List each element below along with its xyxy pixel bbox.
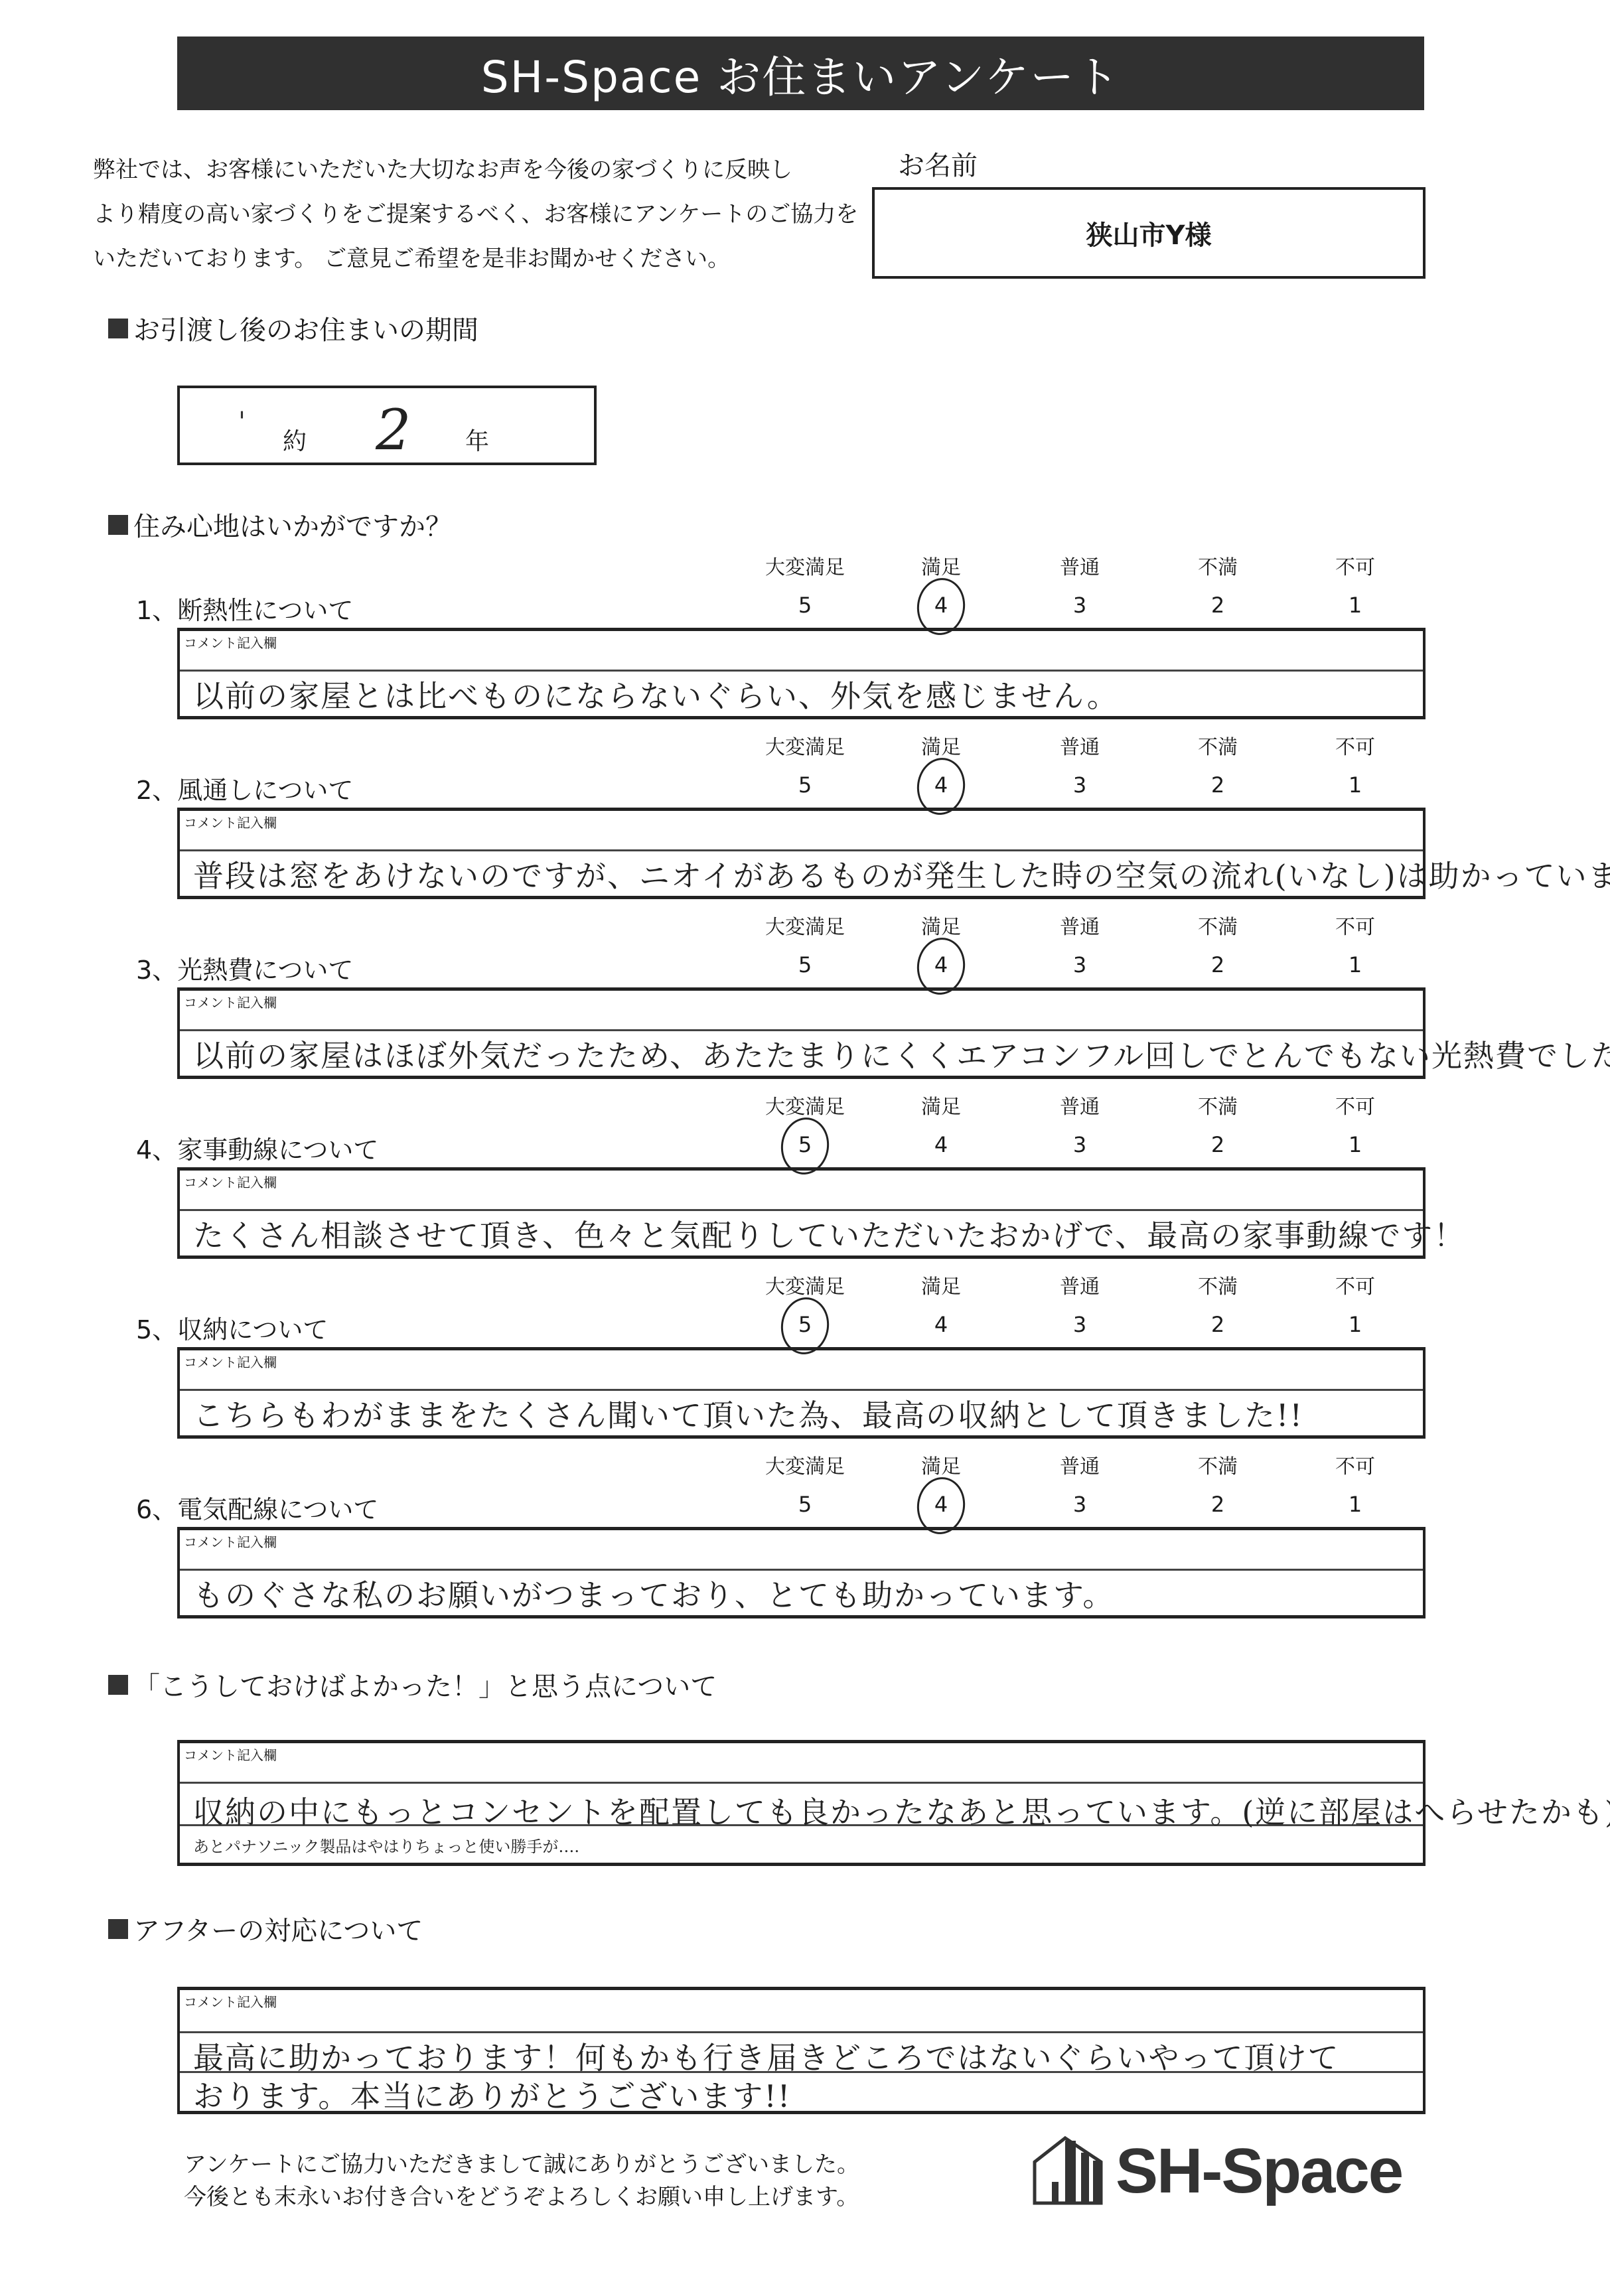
scale-label: 大変満足 <box>765 731 845 760</box>
rating-option[interactable]: 3 <box>1073 772 1086 798</box>
scale-label: 不可 <box>1335 1450 1375 1479</box>
handwritten-comment: たくさん相談させて頂き、色々と気配りしていただいたおかげで、最高の家事動線です！ <box>193 1212 1465 1256</box>
period-value: 2 <box>376 397 411 463</box>
ruled-line <box>180 1209 1423 1211</box>
question-number: 6、 <box>136 1495 177 1524</box>
logo-wordmark: SH-Space <box>1116 2135 1402 2208</box>
survey-title: SH-Space お住まいアンケート <box>481 42 1120 105</box>
comment-label: コメント記入欄 <box>184 812 277 831</box>
handwritten-comment: 以前の家屋とは比べものにならないぐらい、外気を感じません。 <box>193 672 1119 716</box>
scale-label: 大変満足 <box>765 1090 845 1119</box>
rating-option[interactable]: 1 <box>1349 1492 1362 1517</box>
question-number: 5、 <box>136 1315 177 1344</box>
comment-box[interactable]: コメント記入欄普段は窓をあけないのですが、ニオイがあるものが発生した時の空気の流… <box>177 808 1426 899</box>
rating-option[interactable]: 1 <box>1349 952 1362 977</box>
footer-line-1: アンケートにご協力いただきまして誠にありがとうございました。 <box>184 2146 859 2179</box>
ruled-line <box>180 1029 1423 1031</box>
ruled-line <box>180 670 1423 672</box>
rating-option[interactable]: 1 <box>1349 1132 1362 1157</box>
question-number: 2、 <box>136 776 177 805</box>
scale-label: 不満 <box>1198 1270 1238 1299</box>
ruled-line <box>180 1782 1423 1784</box>
rating-option[interactable]: 2 <box>1211 1132 1224 1157</box>
comment-box[interactable]: コメント記入欄以前の家屋とは比べものにならないぐらい、外気を感じません。 <box>177 628 1426 719</box>
comment-box[interactable]: コメント記入欄たくさん相談させて頂き、色々と気配りしていただいたおかげで、最高の… <box>177 1167 1426 1259</box>
scale-label: 普通 <box>1060 1090 1100 1119</box>
rating-option[interactable]: 2 <box>1211 952 1224 977</box>
scale-label: 不満 <box>1198 1090 1238 1119</box>
scale-label: 大変満足 <box>765 1270 845 1299</box>
improvements-comment-line-1: 収納の中にもっとコンセントを配置しても良かったなあと思っています。(逆に部屋はへ… <box>193 1788 1610 1832</box>
question-number: 3、 <box>136 956 177 985</box>
rating-option[interactable]: 2 <box>1211 772 1224 798</box>
square-bullet-icon <box>108 515 128 535</box>
period-unit: 年 <box>465 423 489 457</box>
square-bullet-icon <box>108 319 128 338</box>
period-field[interactable]: ' 約 2 年 <box>177 386 597 465</box>
scale-label: 不可 <box>1335 1270 1375 1299</box>
rating-option[interactable]: 3 <box>1073 1132 1086 1157</box>
square-bullet-icon <box>108 1675 128 1695</box>
sh-space-logo: SH-Space <box>1032 2134 1402 2208</box>
scale-label: 不満 <box>1198 551 1238 580</box>
rating-option[interactable]: 5 <box>798 952 812 977</box>
intro-line-3: いただいております。 ご意見ご希望を是非お聞かせください。 <box>93 240 730 273</box>
question-title: 5、収納について <box>136 1309 328 1346</box>
question-number: 4、 <box>136 1135 177 1165</box>
scale-label: 満足 <box>921 910 961 940</box>
question-label: 収納について <box>177 1315 328 1344</box>
comment-box[interactable]: コメント記入欄以前の家屋はほぼ外気だったため、あたたまりにくくエアコンフル回しで… <box>177 987 1426 1079</box>
rating-option[interactable]: 1 <box>1349 772 1362 798</box>
scale-label: 普通 <box>1060 1270 1100 1299</box>
handwritten-comment: 普段は窓をあけないのですが、ニオイがあるものが発生した時の空気の流れ(いなし)は… <box>193 852 1610 896</box>
section-comfort-title: 住み心地はいかがですか？ <box>133 506 452 543</box>
after-service-comment-line-1: 最高に助かっております！何もかも行き届きどころではないぐらいやって頂けて <box>193 2034 1340 2078</box>
section-comfort-heading: 住み心地はいかがですか？ <box>108 506 452 543</box>
improvements-comment-line-2: あとパナソニック製品はやはりちょっと使い勝手が…. <box>193 1833 579 1857</box>
rating-option[interactable]: 5 <box>798 1492 812 1517</box>
rating-option[interactable]: 3 <box>1073 593 1086 618</box>
rating-option[interactable]: 2 <box>1211 1492 1224 1517</box>
ruled-line <box>180 849 1423 851</box>
question-title: 2、風通しについて <box>136 770 353 806</box>
name-field[interactable]: 狭山市Y様 <box>872 187 1426 279</box>
scale-label: 普通 <box>1060 1450 1100 1479</box>
stray-mark: ' <box>238 407 246 437</box>
after-service-comment-box[interactable]: コメント記入欄 最高に助かっております！何もかも行き届きどころではないぐらいやっ… <box>177 1987 1426 2114</box>
section-after-service-title: アフターの対応について <box>133 1910 423 1948</box>
question-title: 1、断熱性について <box>136 590 353 626</box>
rating-option[interactable]: 2 <box>1211 593 1224 618</box>
question-label: 家事動線について <box>177 1135 378 1165</box>
after-service-comment-line-2: おります。本当にありがとうございます!! <box>193 2072 791 2116</box>
scale-label: 満足 <box>921 551 961 580</box>
ruled-line <box>180 1389 1423 1391</box>
rating-option[interactable]: 3 <box>1073 1492 1086 1517</box>
name-value: 狭山市Y様 <box>1086 214 1212 252</box>
scale-label: 大変満足 <box>765 551 845 580</box>
comment-label: コメント記入欄 <box>184 1352 277 1371</box>
section-period-title: お引渡し後のお住まいの期間 <box>133 309 478 347</box>
survey-title-bar: SH-Space お住まいアンケート <box>177 36 1424 110</box>
comment-label: コメント記入欄 <box>184 1532 277 1551</box>
question-label: 電気配線について <box>177 1495 378 1524</box>
question-title: 4、家事動線について <box>136 1129 378 1166</box>
scale-label: 大変満足 <box>765 1450 845 1479</box>
scale-label: 満足 <box>921 1450 961 1479</box>
rating-option[interactable]: 3 <box>1073 1312 1086 1337</box>
question-title: 6、電気配線について <box>136 1489 378 1526</box>
section-after-service-heading: アフターの対応について <box>108 1910 423 1948</box>
rating-option[interactable]: 1 <box>1349 1312 1362 1337</box>
scale-label: 大変満足 <box>765 910 845 940</box>
ruled-line <box>180 2031 1423 2033</box>
scale-label: 不満 <box>1198 1450 1238 1479</box>
rating-option[interactable]: 5 <box>798 772 812 798</box>
rating-option[interactable]: 2 <box>1211 1312 1224 1337</box>
square-bullet-icon <box>108 1919 128 1939</box>
question-number: 1、 <box>136 596 177 625</box>
scale-label: 不可 <box>1335 1090 1375 1119</box>
house-logo-icon <box>1032 2134 1105 2208</box>
handwritten-comment: こちらもわがままをたくさん聞いて頂いた為、最高の収納として頂きました!! <box>193 1392 1303 1435</box>
rating-option[interactable]: 5 <box>798 593 812 618</box>
comment-label: コメント記入欄 <box>184 632 277 652</box>
scale-label: 普通 <box>1060 910 1100 940</box>
comment-label: コメント記入欄 <box>184 992 277 1011</box>
rating-option[interactable]: 3 <box>1073 952 1086 977</box>
scale-label: 不可 <box>1335 731 1375 760</box>
period-prefix: 約 <box>283 423 307 457</box>
section-improvements-heading: 「こうしておけばよかった！」と思う点について <box>108 1666 717 1703</box>
scale-label: 不可 <box>1335 910 1375 940</box>
comment-box[interactable]: コメント記入欄ものぐさな私のお願いがつまっており、とても助かっています。 <box>177 1527 1426 1618</box>
scale-label: 満足 <box>921 1090 961 1119</box>
rating-option[interactable]: 1 <box>1349 593 1362 618</box>
scale-label: 不満 <box>1198 910 1238 940</box>
ruled-line <box>180 1569 1423 1571</box>
comment-label: コメント記入欄 <box>184 1172 277 1191</box>
scale-label: 不満 <box>1198 731 1238 760</box>
comment-box[interactable]: コメント記入欄こちらもわがままをたくさん聞いて頂いた為、最高の収納として頂きまし… <box>177 1347 1426 1439</box>
scale-label: 満足 <box>921 731 961 760</box>
footer-line-2: 今後とも末永いお付き合いをどうぞよろしくお願い申し上げます。 <box>184 2179 859 2211</box>
scale-label: 満足 <box>921 1270 961 1299</box>
comment-label: コメント記入欄 <box>184 1745 277 1764</box>
question-title: 3、光熱費について <box>136 950 353 986</box>
name-label: お名前 <box>898 145 978 182</box>
handwritten-comment: ものぐさな私のお願いがつまっており、とても助かっています。 <box>193 1571 1114 1615</box>
section-period-heading: お引渡し後のお住まいの期間 <box>108 309 478 347</box>
section-improvements-title: 「こうしておけばよかった！」と思う点について <box>133 1666 717 1703</box>
intro-line-2: より精度の高い家づくりをご提案するべく、お客様にアンケートのご協力を <box>93 196 858 228</box>
scale-label: 普通 <box>1060 731 1100 760</box>
question-label: 断熱性について <box>177 596 353 625</box>
rating-option[interactable]: 4 <box>934 1312 948 1337</box>
scale-label: 不可 <box>1335 551 1375 580</box>
question-label: 風通しについて <box>177 776 353 805</box>
rating-option[interactable]: 4 <box>934 1132 948 1157</box>
intro-line-1: 弊社では、お客様にいただいた大切なお声を今後の家づくりに反映し <box>93 151 792 184</box>
improvements-comment-box[interactable]: コメント記入欄 収納の中にもっとコンセントを配置しても良かったなあと思っています… <box>177 1740 1426 1866</box>
question-label: 光熱費について <box>177 956 353 985</box>
comment-label: コメント記入欄 <box>184 1991 277 2011</box>
handwritten-comment: 以前の家屋はほぼ外気だったため、あたたまりにくくエアコンフル回しでとんでもない光… <box>193 1032 1610 1076</box>
scale-label: 普通 <box>1060 551 1100 580</box>
